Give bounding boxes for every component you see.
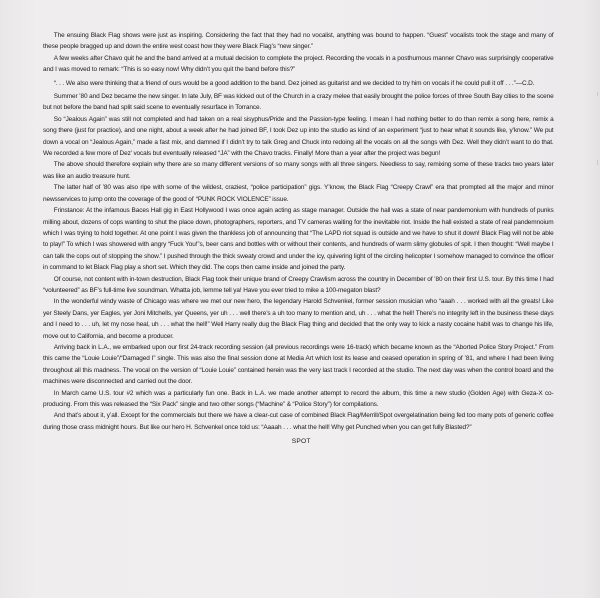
paragraph: And that’s about it, y’all. Except for t… bbox=[43, 410, 554, 433]
page-edge-mark bbox=[597, 160, 598, 165]
liner-notes-page: The ensuing Black Flag shows were just a… bbox=[43, 30, 554, 448]
page-edge-mark bbox=[597, 92, 598, 96]
paragraph: The latter half of ’80 was also ripe wit… bbox=[43, 182, 554, 205]
paragraph: Arriving back in L.A., we embarked upon … bbox=[43, 342, 554, 388]
paragraph-quote: “. . . We also were thinking that a frie… bbox=[43, 78, 554, 89]
paragraph: A few weeks after Chavo quit he and the … bbox=[43, 53, 554, 76]
author-signature: SPOT bbox=[43, 436, 554, 447]
paragraph: In the wonderful windy waste of Chicago … bbox=[43, 296, 554, 342]
paragraph: Summer ’80 and Dez became the new singer… bbox=[43, 91, 554, 114]
paragraph: In March came U.S. tour #2 which was a p… bbox=[43, 388, 554, 411]
paragraph: Of course, not content with in-town dest… bbox=[43, 274, 554, 297]
paragraph: Frinstance: At the infamous Baces Hall g… bbox=[43, 205, 554, 273]
paragraph: So “Jealous Again” was still not complet… bbox=[43, 114, 554, 160]
paragraph: The ensuing Black Flag shows were just a… bbox=[43, 30, 554, 53]
paragraph: The above should therefore explain why t… bbox=[43, 159, 554, 182]
